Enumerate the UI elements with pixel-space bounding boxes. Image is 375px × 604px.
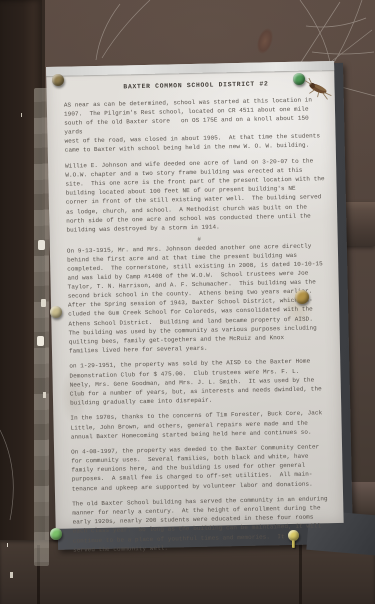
paragraph-1951-sale: on 1-29-1951, the property was sold by t… <box>69 357 335 408</box>
document-title: BAXTER COMMON SCHOOL DISTRICT #2 <box>63 79 328 93</box>
gold-pushpin-icon <box>295 290 309 304</box>
paragraph-1915-building: On 9-13-1915, Mr. and Mrs. Johnson deede… <box>67 241 334 356</box>
paragraph-1970s-repairs: In the 1970s, thanks to the concerns of … <box>70 408 336 441</box>
photo-of-posted-notice: BAXTER COMMON SCHOOL DISTRICT #2 AS near… <box>0 0 375 604</box>
paragraph-1907-deed: Willie E. Johnson and wife deeded one ac… <box>65 156 331 234</box>
paragraph-1997-deed: On 4-08-1997, the property was deeded to… <box>71 442 337 493</box>
wood-knot <box>254 26 275 55</box>
paint-chips <box>38 240 45 250</box>
paragraph-closing: The old Baxter School building has serve… <box>72 494 338 554</box>
tan-pushpin-icon <box>50 306 62 318</box>
brass-pushpin-icon <box>52 74 64 86</box>
door-plank-gap <box>299 540 302 604</box>
green-pushpin-icon <box>50 528 62 540</box>
yellow-pushpin-stem <box>292 540 295 548</box>
paragraph-1907-school-start: AS near as can be determined, school was… <box>64 95 330 155</box>
cricket-insect-icon <box>303 78 335 100</box>
weathered-frame-strip <box>34 88 49 566</box>
